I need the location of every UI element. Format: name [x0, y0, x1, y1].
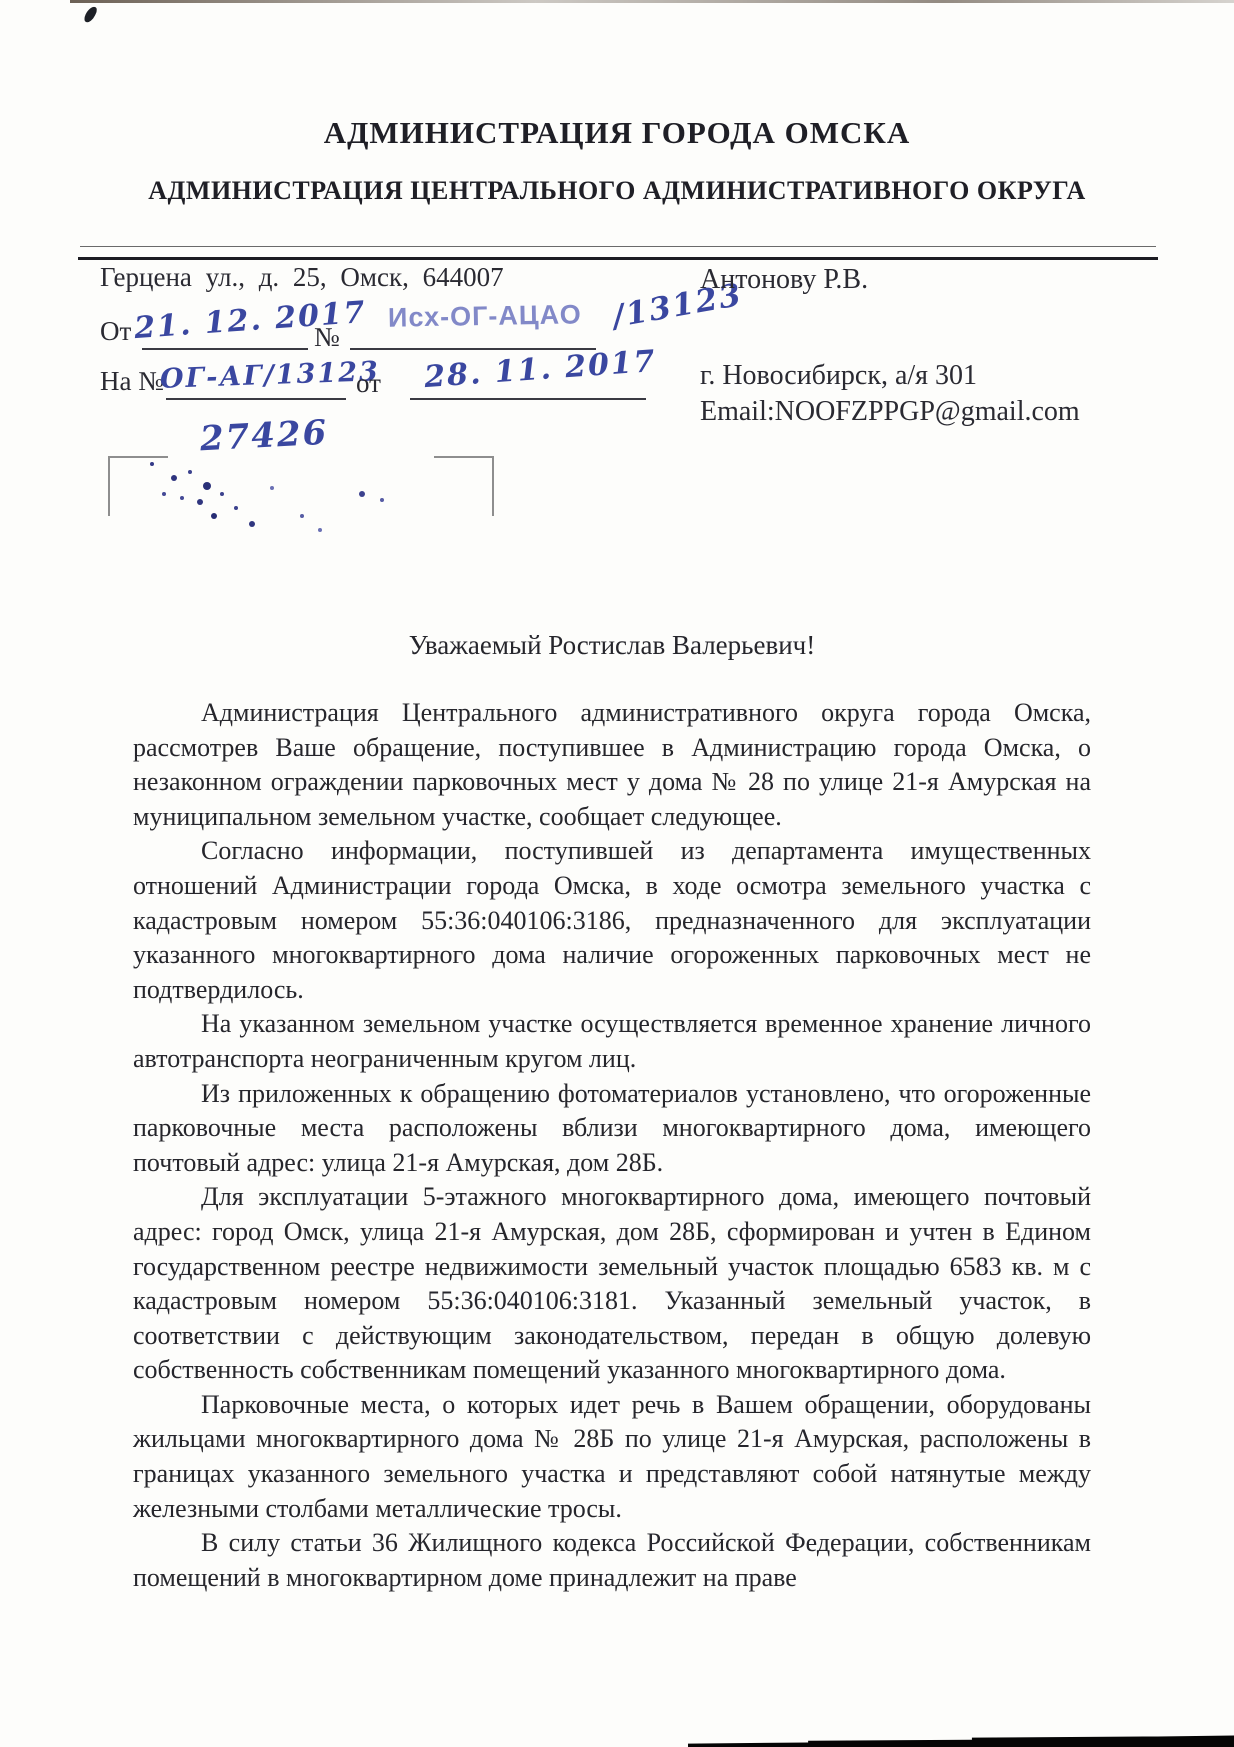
outgoing-number-stamp: Исх-ОГ-АЦАО	[388, 299, 582, 333]
body-paragraph: На указанном земельном участке осуществл…	[133, 1007, 1091, 1076]
from-date-label: От	[100, 316, 131, 347]
scan-edge-artifact-top	[70, 0, 1234, 3]
reply-number-handwritten: ОГ-АГ/13123	[160, 356, 381, 395]
letterhead-org-name: АДМИНИСТРАЦИЯ ГОРОДА ОМСКА	[0, 115, 1234, 151]
ink-blot-mark	[82, 5, 98, 23]
body-paragraph: Парковочные места, о которых идет речь в…	[133, 1388, 1091, 1526]
outgoing-number-label: №	[314, 322, 340, 353]
recipient-city: г. Новосибирск, а/я 301	[700, 360, 977, 392]
reply-number-label: На №	[100, 366, 164, 397]
letterhead-department-name: АДМИНИСТРАЦИЯ ЦЕНТРАЛЬНОГО АДМИНИСТРАТИВ…	[0, 176, 1234, 206]
body-paragraph: Согласно информации, поступившей из депа…	[133, 834, 1091, 1007]
from-date-underline	[142, 348, 308, 350]
body-paragraph: Для эксплуатации 5-этажного многоквартир…	[133, 1180, 1091, 1388]
letterhead-rule-thin	[80, 246, 1156, 247]
sender-address: Герцена ул., д. 25, Омск, 644007	[100, 262, 504, 293]
body-paragraph: Из приложенных к обращению фотоматериало…	[133, 1077, 1091, 1181]
reply-date-underline	[410, 398, 646, 400]
address-zone-corner-right	[434, 456, 494, 516]
incoming-number-handwritten: 27426	[199, 413, 329, 460]
address-zone-corner-left	[108, 456, 168, 516]
salutation: Уважаемый Ростислав Валерьевич!	[133, 630, 1091, 661]
body-paragraph: Администрация Центрального административ…	[133, 696, 1091, 834]
scan-edge-artifact-bottom	[688, 1735, 1234, 1747]
letterhead-rule-thick	[78, 257, 1158, 260]
body-paragraph: В силу статьи 36 Жилищного кодекса Росси…	[133, 1526, 1091, 1595]
scanned-letter-page: АДМИНИСТРАЦИЯ ГОРОДА ОМСКА АДМИНИСТРАЦИЯ…	[0, 0, 1234, 1747]
reply-date-label: от	[356, 368, 381, 399]
reply-number-underline	[166, 398, 346, 400]
reply-date-handwritten: 28. 11. 2017	[423, 344, 658, 395]
recipient-email: Email:NOOFZPPGP@gmail.com	[700, 396, 1080, 428]
letter-body: Администрация Центрального административ…	[133, 696, 1091, 1595]
recipient-name: Антонову Р.В.	[700, 264, 868, 296]
